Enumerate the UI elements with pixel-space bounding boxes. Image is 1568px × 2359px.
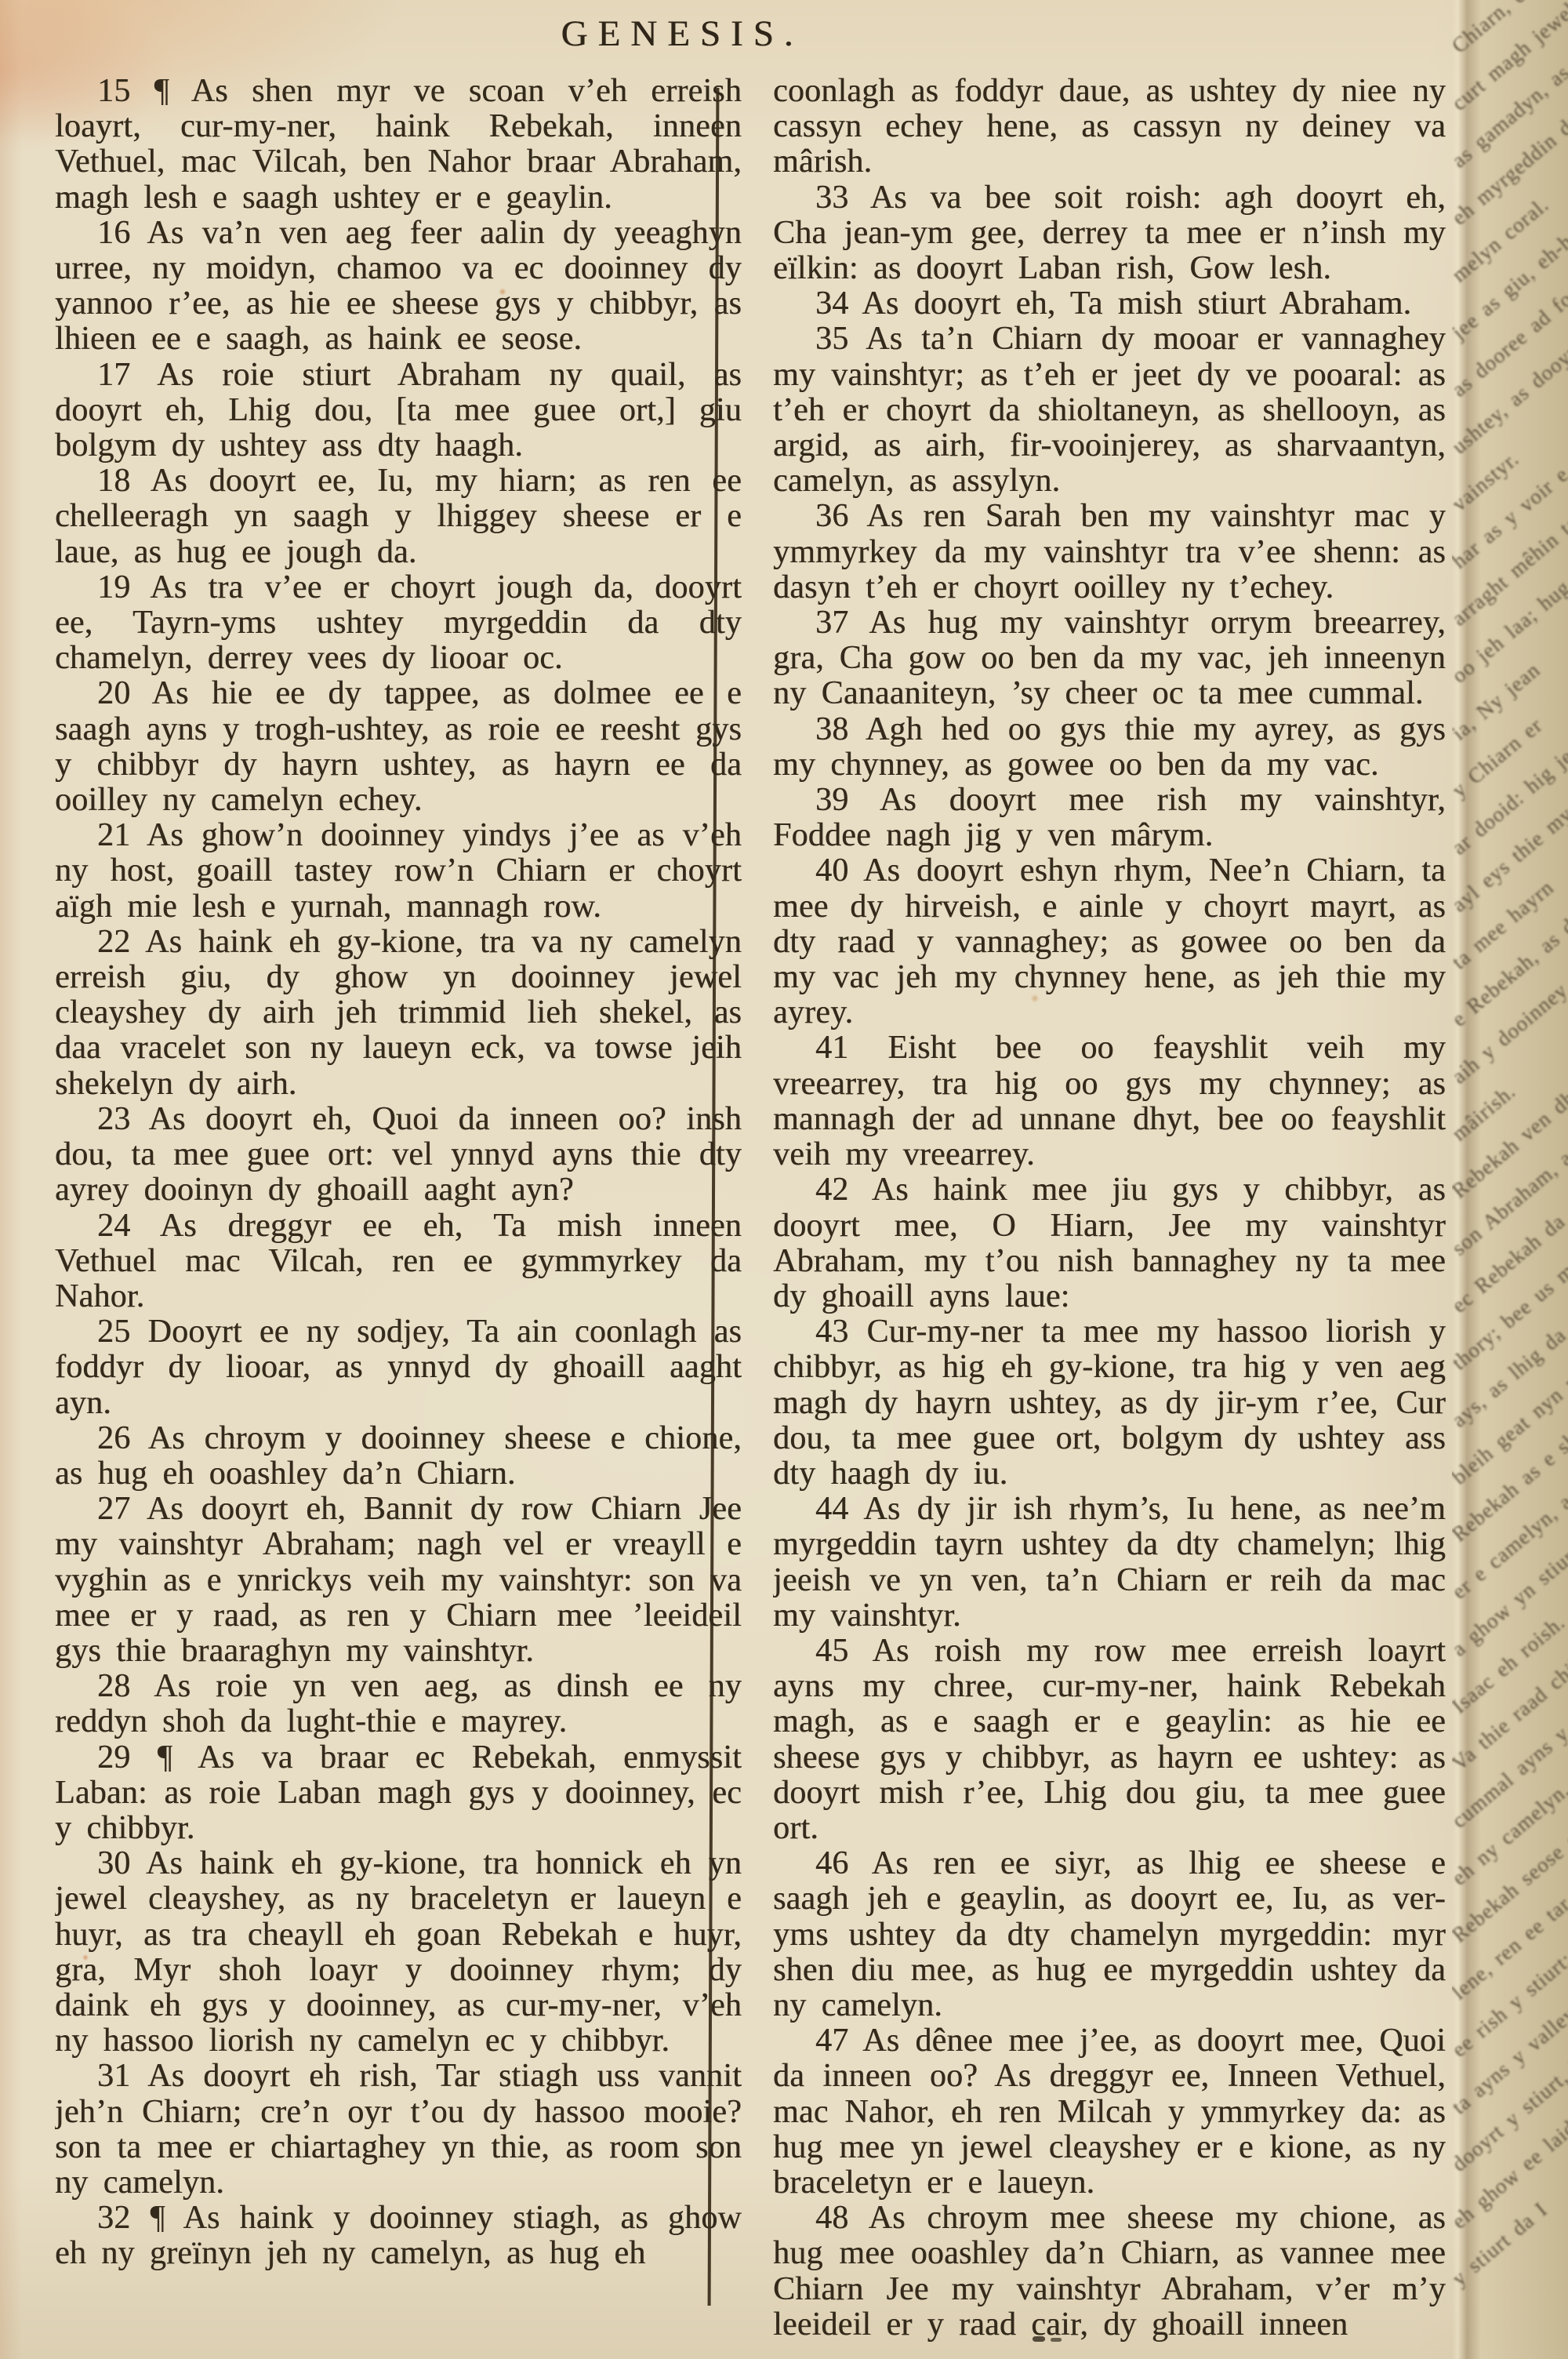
verse-number: 38 — [815, 711, 848, 747]
verse-number: 36 — [815, 498, 848, 534]
verse-text: As dooyrt eh, Quoi da inneen oo? insh do… — [55, 1101, 742, 1208]
verse-number: 42 — [815, 1172, 848, 1208]
verse-text: As ren ee siyr, as lhig ee sheese e saag… — [773, 1845, 1446, 2023]
verse-text: As tra v’ee er choyrt jough da, dooyrt e… — [55, 569, 742, 676]
verse-text: As va’n ven aeg feer aalin dy yeeaghyn u… — [55, 215, 742, 358]
verse-number: 17 — [97, 357, 130, 393]
verse-text: As va braar ec Rebekah, enmyssit Laban: … — [55, 1739, 742, 1846]
verse-number: 44 — [815, 1491, 848, 1527]
verse-text: As roish my row mee erreish loayrt ayns … — [773, 1633, 1446, 1846]
verse-text: As dreggyr ee eh, Ta mish inneen Vethuel… — [55, 1208, 742, 1314]
verse-text: As dooyrt mee rish my vainshtyr, Foddee … — [773, 782, 1446, 853]
verse: 20 As hie ee dy tappee, as dolmee ee e s… — [55, 676, 742, 818]
verse-number: 43 — [815, 1314, 848, 1350]
verse: 22 As haink eh gy-kione, tra va ny camel… — [55, 925, 742, 1102]
verse-number: 24 — [97, 1208, 130, 1244]
verse: 45 As roish my row mee erreish loayrt ay… — [773, 1634, 1446, 1846]
verse: 37 As hug my vainshtyr orrym breearrey, … — [773, 605, 1446, 712]
verse-text: Agh hed oo gys thie my ayrey, as gys my … — [773, 711, 1446, 783]
verse-text: As dooyrt eshyn rhym, Nee’n Chiarn, ta m… — [773, 852, 1446, 1030]
verse-number: 20 — [97, 675, 130, 711]
page-title: GENESIS. — [478, 13, 886, 55]
verse-number: 48 — [815, 2200, 848, 2236]
verse: 30 As haink eh gy-kione, tra honnick eh … — [55, 1846, 742, 2059]
verse-text: As shen myr ve scoan v’eh erreish loayrt… — [55, 74, 742, 216]
verse-text: As haink eh gy-kione, tra honnick eh yn … — [55, 1845, 742, 2059]
verse-number: 39 — [815, 782, 848, 818]
verse-text: As va bee soit roish: agh dooyrt eh, Cha… — [773, 180, 1446, 286]
verse: 27 As dooyrt eh, Bannit dy row Chiarn Je… — [55, 1492, 742, 1669]
verse-number: 15 — [97, 74, 130, 109]
verse: 26 As chroym y dooinney sheese e chione,… — [55, 1421, 742, 1492]
verse-number: 25 — [97, 1314, 130, 1350]
verse-text: Eisht bee oo feayshlit veih my vreearrey… — [773, 1030, 1446, 1172]
verse: 42 As haink mee jiu gys y chibbyr, as do… — [773, 1172, 1446, 1314]
verse-number: 26 — [97, 1420, 130, 1456]
verse: 19 As tra v’ee er choyrt jough da, dooyr… — [55, 570, 742, 677]
verse-number: 31 — [97, 2058, 130, 2094]
verse: 32 ¶ As haink y dooinney stiagh, as ghow… — [55, 2201, 742, 2271]
verse: 34 As dooyrt eh, Ta mish stiurt Abraham. — [773, 286, 1446, 322]
verse-number: 23 — [97, 1101, 130, 1137]
verse: 15 ¶ As shen myr ve scoan v’eh erreish l… — [55, 74, 742, 216]
verse: 41 Eisht bee oo feayshlit veih my vreear… — [773, 1030, 1446, 1172]
right-text-column: coonlagh as foddyr daue, as ushtey dy ni… — [773, 74, 1446, 2359]
verse-text: As haink eh gy-kione, tra va ny camelyn … — [55, 924, 742, 1102]
verse: 35 As ta’n Chiarn dy mooar er vannaghey … — [773, 322, 1446, 499]
verse-number: 19 — [97, 569, 130, 605]
verse-number: 18 — [97, 463, 130, 499]
verse-text: Dooyrt ee ny sodjey, Ta ain coonlagh as … — [55, 1314, 742, 1420]
page-gutter-curl: my ayr nyChiarn, cre ymmey ecurt magh je… — [1452, 0, 1568, 2359]
scanned-book-page: { "page": { "title": "GENESIS.", "left_c… — [0, 0, 1568, 2359]
verse-text: coonlagh as foddyr daue, as ushtey dy ni… — [773, 74, 1446, 180]
verse: 47 As dênee mee j’ee, as dooyrt mee, Quo… — [773, 2023, 1446, 2201]
verse: 43 Cur-my-ner ta mee my hassoo liorish y… — [773, 1314, 1446, 1492]
verse: 44 As dy jir ish rhym’s, Iu hene, as nee… — [773, 1492, 1446, 1634]
verse-number: 46 — [815, 1845, 848, 1881]
verse-text: As dooyrt eh, Bannit dy row Chiarn Jee m… — [55, 1491, 742, 1669]
verse-number: 28 — [97, 1668, 130, 1704]
verse-number: 30 — [97, 1845, 130, 1881]
verse-number: 35 — [815, 321, 848, 357]
verse-text: Cur-my-ner ta mee my hassoo liorish y ch… — [773, 1314, 1446, 1492]
verse-text: As roie stiurt Abraham ny quail, as dooy… — [55, 357, 742, 463]
verse: 24 As dreggyr ee eh, Ta mish inneen Veth… — [55, 1209, 742, 1315]
verse: 29 ¶ As va braar ec Rebekah, enmyssit La… — [55, 1740, 742, 1847]
verse: 21 As ghow’n dooinney yindys j’ee as v’e… — [55, 818, 742, 925]
verse: 46 As ren ee siyr, as lhig ee sheese e s… — [773, 1846, 1446, 2023]
verse-number: 41 — [815, 1030, 848, 1066]
verse-text: As ta’n Chiarn dy mooar er vannaghey my … — [773, 321, 1446, 499]
verse-text: As dooyrt eh, Ta mish stiurt Abraham. — [862, 285, 1411, 322]
verse: 39 As dooyrt mee rish my vainshtyr, Fodd… — [773, 783, 1446, 853]
verse: 38 Agh hed oo gys thie my ayrey, as gys … — [773, 712, 1446, 783]
verse-text: As hie ee dy tappee, as dolmee ee e saag… — [55, 675, 742, 818]
verse: 23 As dooyrt eh, Quoi da inneen oo? insh… — [55, 1102, 742, 1209]
verse: 17 As roie stiurt Abraham ny quail, as d… — [55, 358, 742, 464]
verse-number: 27 — [97, 1491, 130, 1527]
verse: 48 As chroym mee sheese my chione, as hu… — [773, 2201, 1446, 2343]
verse-number: 34 — [815, 285, 848, 322]
verse: 36 As ren Sarah ben my vainshtyr mac y y… — [773, 499, 1446, 605]
verse-number: 47 — [815, 2023, 848, 2059]
verse-number: 16 — [97, 215, 130, 251]
verse: 40 As dooyrt eshyn rhym, Nee’n Chiarn, t… — [773, 853, 1446, 1030]
verse-text: As ren Sarah ben my vainshtyr mac y ymmy… — [773, 498, 1446, 605]
left-text-column: 15 ¶ As shen myr ve scoan v’eh erreish l… — [55, 74, 742, 2359]
verse-number: 33 — [815, 180, 848, 216]
verse: 28 As roie yn ven aeg, as dinsh ee ny re… — [55, 1669, 742, 1739]
verse-number: 29 — [97, 1739, 130, 1776]
verse: 31 As dooyrt eh rish, Tar stiagh uss van… — [55, 2059, 742, 2201]
verse-text: As dooyrt eh rish, Tar stiagh uss vannit… — [55, 2058, 742, 2201]
verse-text: As dooyrt ee, Iu, my hiarn; as ren ee ch… — [55, 463, 742, 569]
verse-text: As dy jir ish rhym’s, Iu hene, as nee’m … — [773, 1491, 1446, 1634]
verse-text: As hug my vainshtyr orrym breearrey, gra… — [773, 605, 1446, 711]
verse-number: 22 — [97, 924, 130, 960]
verse: 33 As va bee soit roish: agh dooyrt eh, … — [773, 180, 1446, 287]
verse: 16 As va’n ven aeg feer aalin dy yeeaghy… — [55, 216, 742, 358]
verse-text: As haink y dooinney stiagh, as ghow eh n… — [55, 2200, 742, 2271]
verse-number: 21 — [97, 817, 130, 853]
verse-text: As dênee mee j’ee, as dooyrt mee, Quoi d… — [773, 2023, 1446, 2201]
verse: 18 As dooyrt ee, Iu, my hiarn; as ren ee… — [55, 463, 742, 570]
verse-text: As chroym y dooinney sheese e chione, as… — [55, 1420, 742, 1492]
verse-text: As roie yn ven aeg, as dinsh ee ny reddy… — [55, 1668, 742, 1739]
ink-smudge — [1033, 2336, 1045, 2342]
verse-number: 40 — [815, 852, 848, 889]
verse-number: 32 — [97, 2200, 130, 2236]
verse-number: 45 — [815, 1633, 848, 1669]
verse-text: As haink mee jiu gys y chibbyr, as dooyr… — [773, 1172, 1446, 1314]
verse-number: 37 — [815, 605, 848, 641]
verse-text: As ghow’n dooinney yindys j’ee as v’eh n… — [55, 817, 742, 924]
verse-text: As chroym mee sheese my chione, as hug m… — [773, 2200, 1446, 2343]
verse: 25 Dooyrt ee ny sodjey, Ta ain coonlagh … — [55, 1314, 742, 1421]
verse-continuation: coonlagh as foddyr daue, as ushtey dy ni… — [773, 74, 1446, 180]
